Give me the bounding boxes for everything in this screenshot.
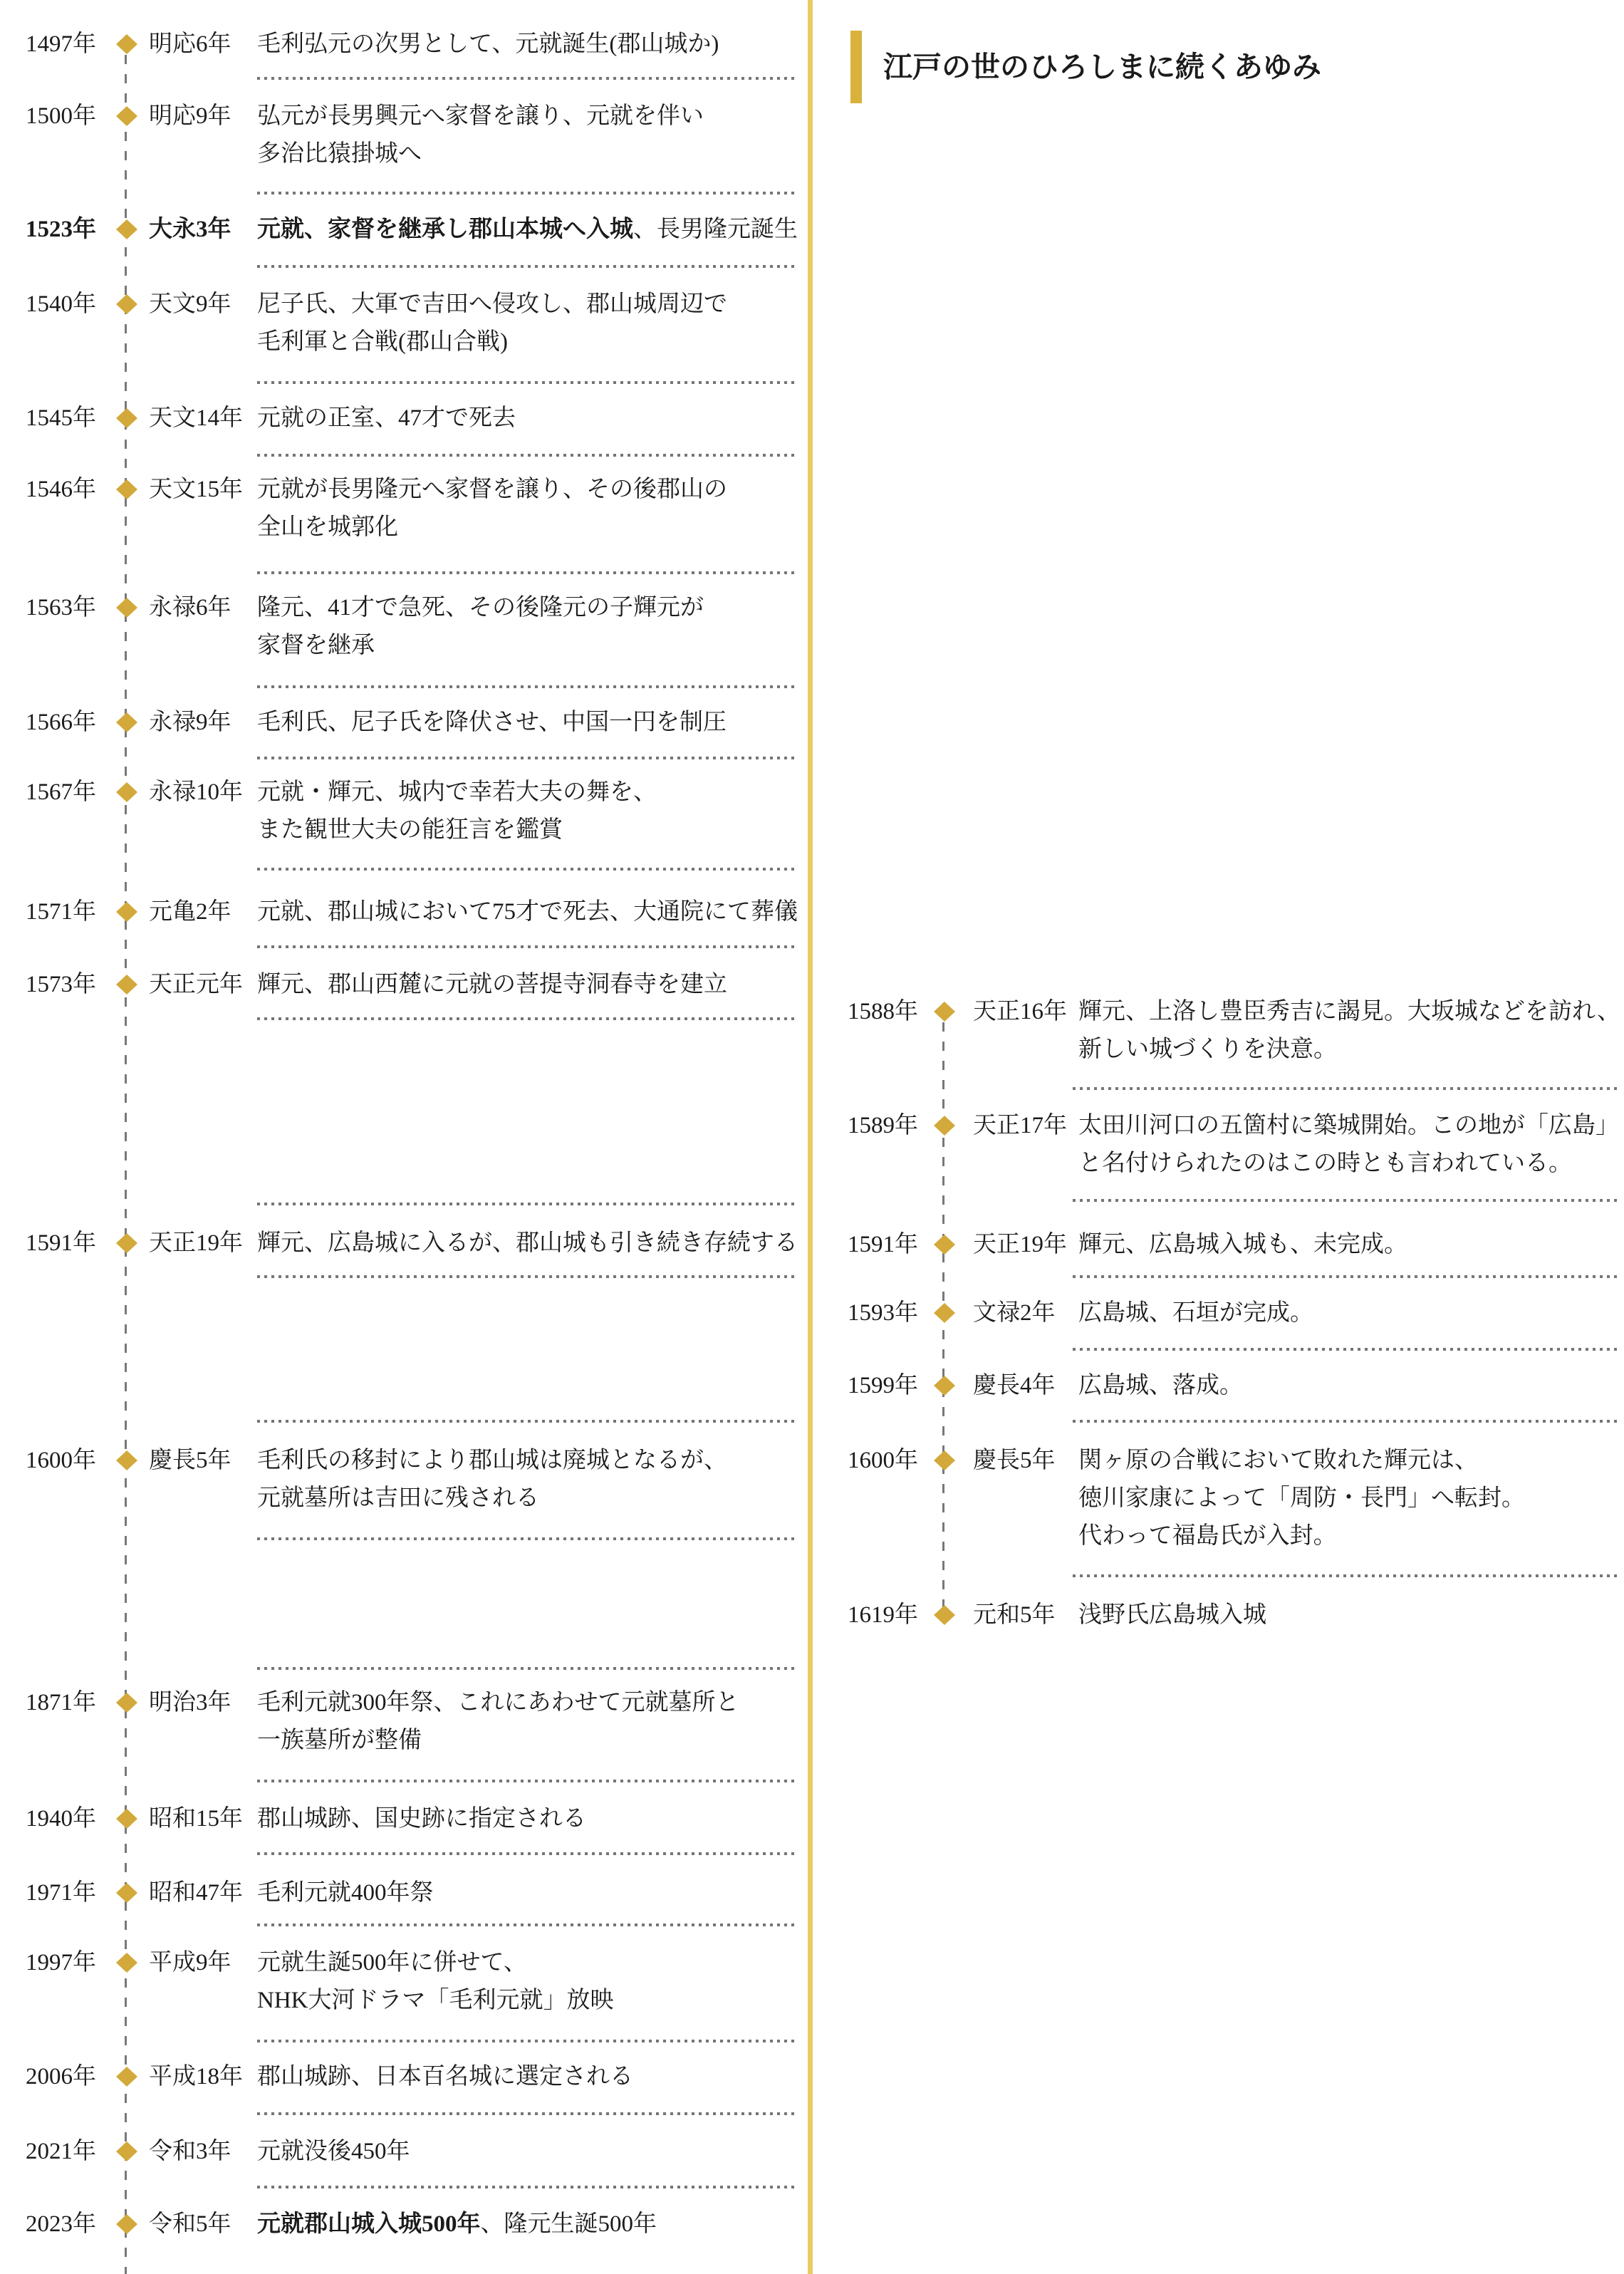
entry-text-line: 全山を城郭化 [257, 512, 727, 543]
diamond-marker-icon [116, 106, 137, 126]
entry-description: 浅野氏広島城入城 [1078, 1599, 1266, 1631]
dotted-separator [257, 1923, 794, 1926]
entry-description: 元就の正室、47才で死去 [257, 403, 516, 434]
dotted-separator [257, 1275, 794, 1278]
entry-era: 文禄2年 [973, 1297, 1056, 1329]
entry-description: 毛利氏の移封により郡山城は廃城となるが、元就墓所は吉田に残される [257, 1445, 727, 1514]
dotted-separator [1073, 1087, 1620, 1090]
entry-description: 広島城、落成。 [1078, 1370, 1243, 1401]
entry-text-line: 弘元が長男興元へ家督を譲り、元就を伴い [257, 100, 704, 132]
entry-year: 1563年 [26, 592, 96, 623]
entry-description: 関ヶ原の合戦において敗れた輝元は、徳川家康によって「周防・長門」へ転封。代わって… [1078, 1445, 1525, 1552]
diamond-marker-icon [934, 1303, 955, 1323]
entry-text-line: また観世大夫の能狂言を鑑賞 [257, 814, 657, 846]
entry-year: 1591年 [848, 1229, 918, 1260]
entry-description: 元就が長男隆元へ家督を譲り、その後郡山の全山を城郭化 [257, 474, 727, 543]
entry-era: 天文9年 [149, 289, 231, 320]
entry-description: 元就、家督を継承し郡山本城へ入城、長男隆元誕生 [257, 214, 798, 245]
entry-year: 1497年 [26, 28, 96, 60]
entry-era: 天文15年 [149, 474, 243, 505]
dotted-separator [257, 1017, 794, 1020]
entry-era: 永禄6年 [149, 592, 231, 623]
entry-text-line: 広島城、石垣が完成。 [1078, 1297, 1313, 1329]
entry-era: 平成18年 [149, 2061, 243, 2092]
diamond-marker-icon [116, 712, 137, 732]
dotted-separator [1073, 1348, 1620, 1351]
entry-era: 永禄10年 [149, 777, 243, 808]
diamond-marker-icon [116, 294, 137, 314]
heading-accent-bar [850, 31, 862, 103]
entry-era: 平成9年 [149, 1947, 231, 1978]
entry-text-line: 元就が長男隆元へ家督を譲り、その後郡山の [257, 474, 727, 505]
entry-year: 1940年 [26, 1803, 96, 1834]
entry-text-line: 多治比猿掛城へ [257, 138, 704, 170]
diamond-marker-icon [116, 1450, 137, 1470]
diamond-marker-icon [116, 902, 137, 922]
diamond-marker-icon [934, 1235, 955, 1255]
dotted-separator [257, 1852, 794, 1855]
entry-year: 1591年 [26, 1227, 96, 1259]
entry-text-line: 郡山城跡、日本百名城に選定される [257, 2061, 633, 2092]
dotted-separator [257, 1667, 794, 1670]
diamond-marker-icon [116, 408, 137, 428]
dotted-separator [257, 265, 794, 268]
entry-text-line: 毛利元就400年祭 [257, 1877, 434, 1909]
entry-description: 隆元、41才で急死、その後隆元の子輝元が家督を継承 [257, 592, 704, 661]
entry-era: 天正16年 [973, 996, 1067, 1027]
entry-era: 天正元年 [149, 969, 243, 1000]
entry-era: 昭和47年 [149, 1877, 243, 1909]
entry-text-line: 元就・輝元、城内で幸若大夫の舞を、 [257, 777, 657, 808]
entry-text-line: 一族墓所が整備 [257, 1725, 739, 1756]
entry-text-line: 隆元、41才で急死、その後隆元の子輝元が [257, 592, 704, 623]
entry-year: 1997年 [26, 1947, 96, 1978]
entry-year: 1523年 [26, 214, 96, 245]
entry-text-line: 家督を継承 [257, 630, 704, 661]
entry-text-line: 毛利弘元の次男として、元就誕生(郡山城か) [257, 28, 719, 60]
diamond-marker-icon [116, 1693, 137, 1713]
dotted-separator [257, 757, 794, 759]
entry-era: 天正19年 [973, 1229, 1067, 1260]
entry-description: 元就生誕500年に併せて、NHK大河ドラマ「毛利元就」放映 [257, 1947, 614, 2016]
dotted-separator [257, 868, 794, 871]
entry-text-line: 広島城、落成。 [1078, 1370, 1243, 1401]
entry-text-line: 代わって福島氏が入封。 [1078, 1520, 1525, 1552]
entry-description: 元就郡山城入城500年、隆元生誕500年 [257, 2208, 657, 2240]
section-heading-text: 江戸の世のひろしまに続くあゆみ [883, 31, 1321, 103]
entry-text-line: 関ヶ原の合戦において敗れた輝元は、 [1078, 1445, 1525, 1476]
dotted-separator [257, 1780, 794, 1782]
entry-year: 1619年 [848, 1599, 918, 1631]
entry-description: 郡山城跡、国史跡に指定される [257, 1803, 586, 1834]
dotted-separator [257, 2186, 794, 2189]
entry-era: 天正19年 [149, 1227, 243, 1259]
entry-year: 1540年 [26, 289, 96, 320]
entry-era: 大永3年 [149, 214, 231, 245]
entry-text-line: 元就、家督を継承し郡山本城へ入城、長男隆元誕生 [257, 214, 798, 245]
dotted-separator [1073, 1199, 1620, 1202]
dotted-separator [257, 192, 794, 194]
entry-era: 令和5年 [149, 2208, 231, 2240]
entry-description: 元就没後450年 [257, 2136, 410, 2167]
entry-text-line: 新しい城づくりを決意。 [1078, 1034, 1620, 1065]
entry-text-line: NHK大河ドラマ「毛利元就」放映 [257, 1985, 614, 2016]
dotted-separator [257, 571, 794, 574]
column-divider [808, 0, 813, 2274]
entry-description: 尼子氏、大軍で吉田へ侵攻し、郡山城周辺で毛利軍と合戦(郡山合戦) [257, 289, 727, 358]
entry-text-line: 毛利軍と合戦(郡山合戦) [257, 326, 727, 358]
diamond-marker-icon [934, 1002, 955, 1022]
timeline-page: 江戸の世のひろしまに続くあゆみ 1497年明応6年毛利弘元の次男として、元就誕生… [0, 0, 1624, 2274]
entry-year: 1589年 [848, 1110, 918, 1141]
entry-description: 弘元が長男興元へ家督を譲り、元就を伴い多治比猿掛城へ [257, 100, 704, 170]
diamond-marker-icon [934, 1116, 955, 1136]
entry-text-line: 尼子氏、大軍で吉田へ侵攻し、郡山城周辺で [257, 289, 727, 320]
entry-year: 1573年 [26, 969, 96, 1000]
entry-description: 毛利元就300年祭、これにあわせて元就墓所と一族墓所が整備 [257, 1687, 739, 1756]
entry-text-line: 毛利元就300年祭、これにあわせて元就墓所と [257, 1687, 739, 1718]
entry-year: 1545年 [26, 403, 96, 434]
entry-description: 輝元、上洛し豊臣秀吉に謁見。大坂城などを訪れ、新しい城づくりを決意。 [1078, 996, 1620, 1065]
entry-era: 明治3年 [149, 1687, 231, 1718]
entry-text-line: 元就、郡山城において75才で死去、大通院にて葬儀 [257, 896, 798, 928]
dotted-separator [257, 2112, 794, 2115]
entry-text-line: 元就墓所は吉田に残される [257, 1483, 727, 1514]
entry-era: 元亀2年 [149, 896, 231, 928]
diamond-marker-icon [116, 975, 137, 995]
entry-text-line: 郡山城跡、国史跡に指定される [257, 1803, 586, 1834]
entry-year: 1500年 [26, 100, 96, 132]
entry-year: 2023年 [26, 2208, 96, 2240]
entry-description: 輝元、広島城に入るが、郡山城も引き続き存続する [257, 1227, 798, 1259]
entry-description: 毛利弘元の次男として、元就誕生(郡山城か) [257, 28, 719, 60]
dotted-separator [1073, 1574, 1620, 1577]
entry-year: 2021年 [26, 2136, 96, 2167]
entry-year: 1600年 [26, 1445, 96, 1476]
diamond-marker-icon [116, 2141, 137, 2161]
dotted-separator [257, 1420, 794, 1423]
entry-text-line: と名付けられたのはこの時とも言われている。 [1078, 1148, 1619, 1179]
entry-text-line: 太田川河口の五箇村に築城開始。この地が「広島」 [1078, 1110, 1619, 1141]
entry-year: 1566年 [26, 707, 96, 738]
entry-description: 毛利氏、尼子氏を降伏させ、中国一円を制圧 [257, 707, 727, 738]
dotted-separator [257, 2040, 794, 2042]
entry-text-line: 元就生誕500年に併せて、 [257, 1947, 614, 1978]
diamond-marker-icon [116, 1809, 137, 1829]
entry-description: 太田川河口の五箇村に築城開始。この地が「広島」と名付けられたのはこの時とも言われ… [1078, 1110, 1619, 1179]
entry-year: 2006年 [26, 2061, 96, 2092]
dotted-separator [257, 1537, 794, 1540]
entry-description: 郡山城跡、日本百名城に選定される [257, 2061, 633, 2092]
entry-era: 天文14年 [149, 403, 243, 434]
dotted-separator [257, 77, 794, 80]
entry-text-line: 徳川家康によって「周防・長門」へ転封。 [1078, 1483, 1525, 1514]
entry-text-line: 元就郡山城入城500年、隆元生誕500年 [257, 2208, 657, 2240]
diamond-marker-icon [116, 2067, 137, 2087]
entry-era: 天正17年 [973, 1110, 1067, 1141]
entry-year: 1599年 [848, 1370, 918, 1401]
dotted-separator [257, 945, 794, 948]
diamond-marker-icon [116, 598, 137, 618]
diamond-marker-icon [116, 34, 137, 54]
entry-text-line: 輝元、広島城に入るが、郡山城も引き続き存続する [257, 1227, 798, 1259]
entry-description: 元就、郡山城において75才で死去、大通院にて葬儀 [257, 896, 798, 928]
entry-description: 毛利元就400年祭 [257, 1877, 434, 1909]
entry-description: 輝元、郡山西麓に元就の菩提寺洞春寺を建立 [257, 969, 727, 1000]
entry-year: 1546年 [26, 474, 96, 505]
entry-era: 元和5年 [973, 1599, 1056, 1631]
dotted-separator [1073, 1420, 1620, 1423]
entry-year: 1593年 [848, 1297, 918, 1329]
entry-era: 明応9年 [149, 100, 231, 132]
entry-description: 輝元、広島城入城も、未完成。 [1078, 1229, 1407, 1260]
entry-description: 広島城、石垣が完成。 [1078, 1297, 1313, 1329]
entry-text-line: 毛利氏の移封により郡山城は廃城となるが、 [257, 1445, 727, 1476]
diamond-marker-icon [116, 782, 137, 802]
entry-era: 慶長5年 [149, 1445, 231, 1476]
entry-text-line: 浅野氏広島城入城 [1078, 1599, 1266, 1631]
diamond-marker-icon [116, 1883, 137, 1903]
dotted-separator [257, 454, 794, 457]
entry-text-line: 輝元、上洛し豊臣秀吉に謁見。大坂城などを訪れ、 [1078, 996, 1620, 1027]
diamond-marker-icon [116, 1233, 137, 1253]
dotted-separator [257, 381, 794, 384]
diamond-marker-icon [116, 1953, 137, 1973]
left-timeline-axis [125, 36, 127, 2274]
entry-era: 慶長5年 [973, 1445, 1056, 1476]
entry-year: 1971年 [26, 1877, 96, 1909]
entry-era: 永禄9年 [149, 707, 231, 738]
dotted-separator [257, 685, 794, 688]
entry-year: 1588年 [848, 996, 918, 1027]
entry-text-line: 元就没後450年 [257, 2136, 410, 2167]
entry-year: 1571年 [26, 896, 96, 928]
entry-year: 1871年 [26, 1687, 96, 1718]
entry-text-line: 輝元、広島城入城も、未完成。 [1078, 1229, 1407, 1260]
diamond-marker-icon [934, 1376, 955, 1396]
entry-era: 令和3年 [149, 2136, 231, 2167]
dotted-separator [1073, 1275, 1620, 1278]
entry-era: 明応6年 [149, 28, 231, 60]
diamond-marker-icon [934, 1450, 955, 1470]
entry-text-line: 毛利氏、尼子氏を降伏させ、中国一円を制圧 [257, 707, 727, 738]
diamond-marker-icon [116, 219, 137, 239]
dotted-separator [257, 1203, 794, 1205]
diamond-marker-icon [116, 479, 137, 499]
entry-year: 1567年 [26, 777, 96, 808]
diamond-marker-icon [934, 1605, 955, 1625]
diamond-marker-icon [116, 2214, 137, 2234]
entry-text-line: 元就の正室、47才で死去 [257, 403, 516, 434]
entry-description: 元就・輝元、城内で幸若大夫の舞を、また観世大夫の能狂言を鑑賞 [257, 777, 657, 846]
entry-era: 昭和15年 [149, 1803, 243, 1834]
entry-era: 慶長4年 [973, 1370, 1056, 1401]
entry-text-line: 輝元、郡山西麓に元就の菩提寺洞春寺を建立 [257, 969, 727, 1000]
entry-year: 1600年 [848, 1445, 918, 1476]
